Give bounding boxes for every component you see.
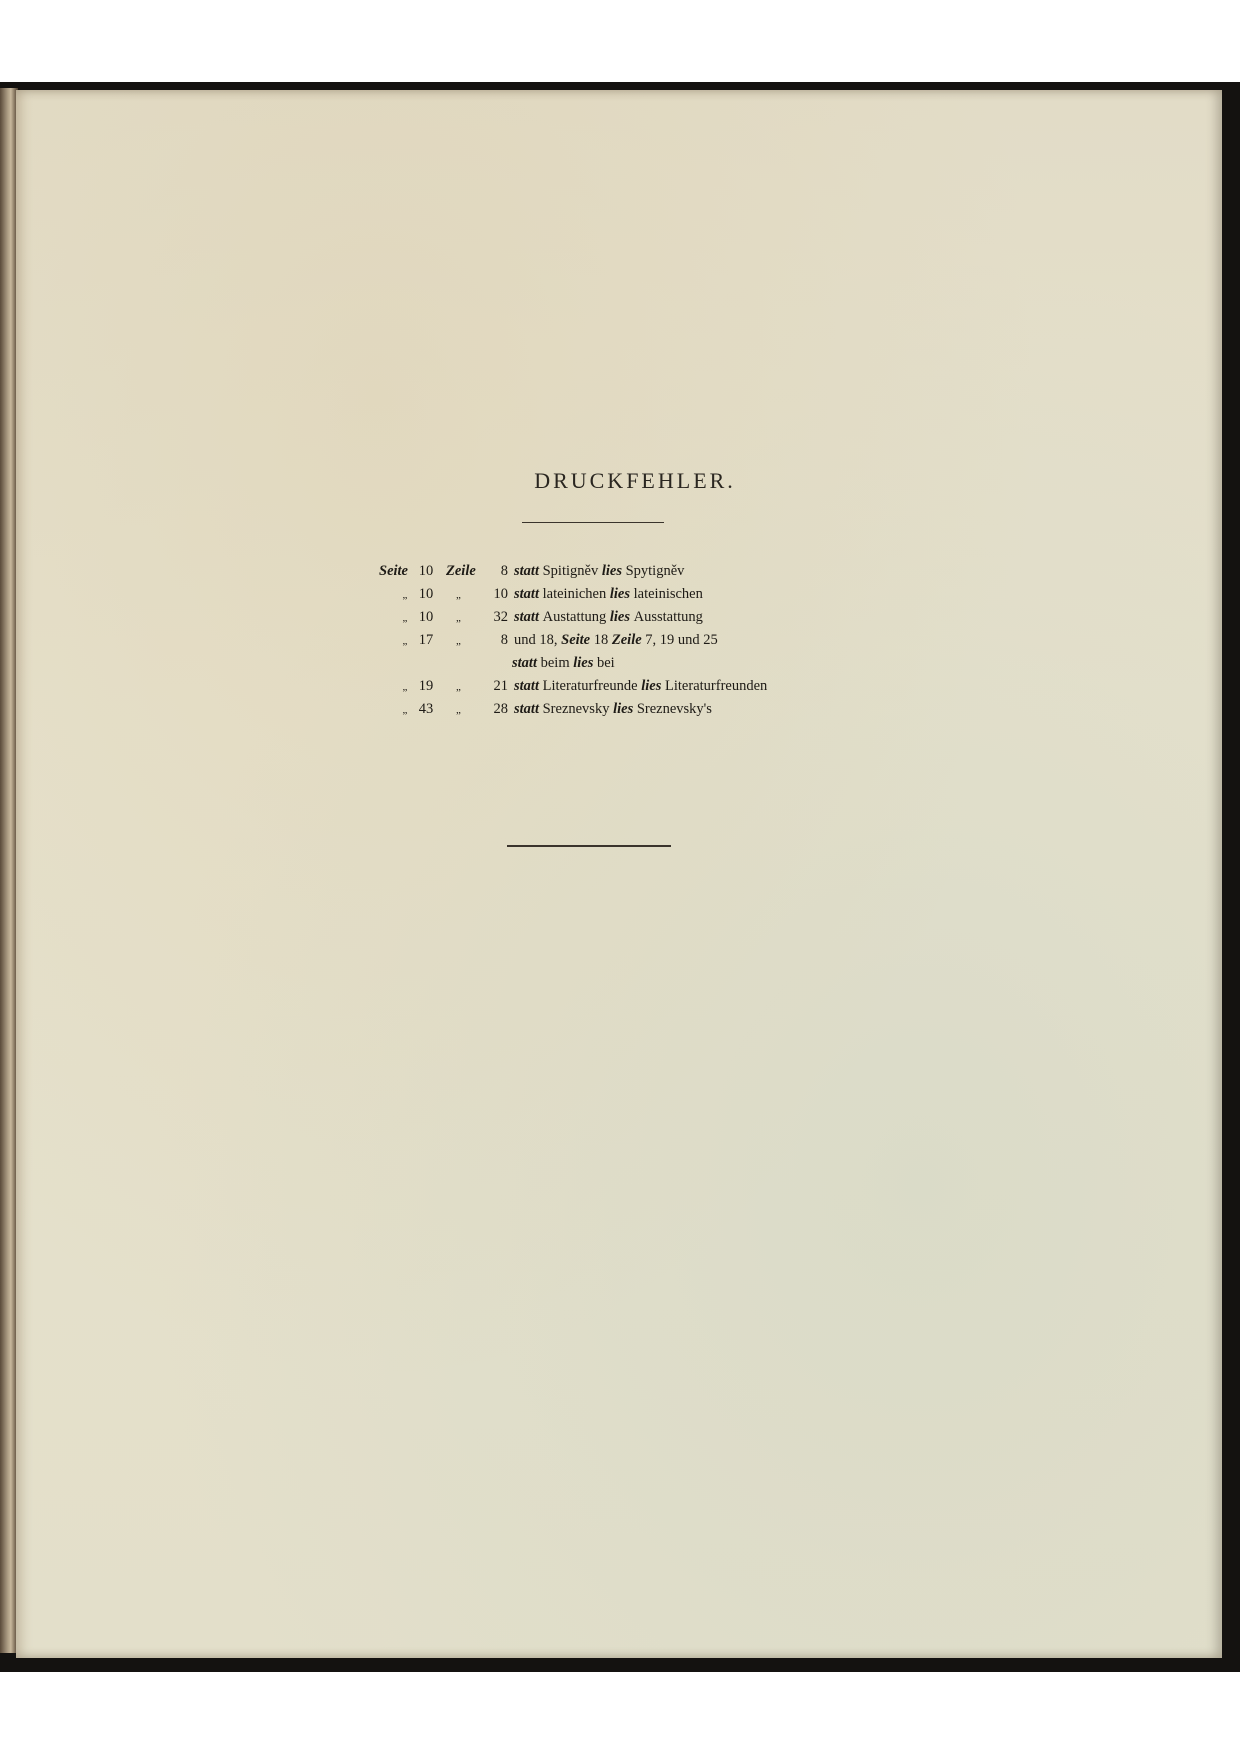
line-number: 21 xyxy=(482,675,514,698)
errata-row: „ 19 „ 21 statt Literaturfreunde lies Li… xyxy=(366,675,767,698)
wrong-text: beim xyxy=(541,652,570,675)
page-inline-number: 18 xyxy=(594,629,609,652)
correct-text: Ausstattung xyxy=(634,606,703,629)
lies-label: lies xyxy=(602,560,622,583)
line-range-text: 7, 19 und 25 xyxy=(645,629,718,652)
wrong-text: Literaturfreunde xyxy=(543,675,638,698)
statt-label: statt xyxy=(512,652,537,675)
page-number: 19 xyxy=(408,675,444,698)
line-number: 8 xyxy=(482,629,514,652)
page-number: 10 xyxy=(408,606,444,629)
page-number: 10 xyxy=(408,560,444,583)
page-number: 17 xyxy=(408,629,444,652)
errata-row: Seite 10 Zeile 8 statt Spitigněv lies Sp… xyxy=(366,560,767,583)
correct-text: lateinischen xyxy=(634,583,703,606)
zeile-inline-label: Zeile xyxy=(612,629,642,652)
wrong-text: Sreznevsky xyxy=(543,698,610,721)
ditto-mark: „ xyxy=(446,635,461,647)
lies-label: lies xyxy=(610,583,630,606)
line-number: 32 xyxy=(482,606,514,629)
correct-text: bei xyxy=(597,652,615,675)
statt-label: statt xyxy=(514,606,539,629)
errata-row: „ 10 „ 10 statt lateinichen lies lateini… xyxy=(366,583,767,606)
ditto-mark: „ xyxy=(446,704,461,716)
ditto-mark: „ xyxy=(446,589,461,601)
closing-divider xyxy=(507,845,671,847)
errata-list: Seite 10 Zeile 8 statt Spitigněv lies Sp… xyxy=(366,560,767,721)
lies-label: lies xyxy=(573,652,593,675)
title-divider xyxy=(522,522,664,523)
lies-label: lies xyxy=(610,606,630,629)
line-number: 10 xyxy=(482,583,514,606)
scanned-page-frame: DRUCKFEHLER. Seite 10 Zeile 8 statt Spit… xyxy=(0,82,1240,1672)
zeile-label: Zeile xyxy=(444,560,482,583)
statt-label: statt xyxy=(514,698,539,721)
statt-label: statt xyxy=(514,675,539,698)
line-range-text: und 18, xyxy=(514,629,558,652)
errata-row: „ 10 „ 32 statt Austattung lies Ausstatt… xyxy=(366,606,767,629)
line-number: 28 xyxy=(482,698,514,721)
seite-inline-label: Seite xyxy=(561,629,590,652)
correct-text: Spytigněv xyxy=(626,560,685,583)
page-number: 43 xyxy=(408,698,444,721)
correct-text: Sreznevsky's xyxy=(637,698,712,721)
seite-label: Seite xyxy=(366,560,408,583)
wrong-text: Spitigněv xyxy=(543,560,599,583)
errata-row: „ 17 „ 8 und 18, Seite 18 Zeile 7, 19 un… xyxy=(366,629,767,652)
errata-row-continuation: statt beim lies bei xyxy=(366,652,767,675)
errata-row: „ 43 „ 28 statt Sreznevsky lies Sreznevs… xyxy=(366,698,767,721)
statt-label: statt xyxy=(514,583,539,606)
ditto-mark: „ xyxy=(446,612,461,624)
line-number: 8 xyxy=(482,560,514,583)
correct-text: Literaturfreunden xyxy=(665,675,767,698)
paper-page: DRUCKFEHLER. Seite 10 Zeile 8 statt Spit… xyxy=(16,90,1222,1658)
page-number: 10 xyxy=(408,583,444,606)
statt-label: statt xyxy=(514,560,539,583)
lies-label: lies xyxy=(641,675,661,698)
page-title: DRUCKFEHLER. xyxy=(16,468,1238,494)
lies-label: lies xyxy=(613,698,633,721)
wrong-text: Austattung xyxy=(543,606,607,629)
ditto-mark: „ xyxy=(446,681,461,693)
wrong-text: lateinichen xyxy=(543,583,607,606)
